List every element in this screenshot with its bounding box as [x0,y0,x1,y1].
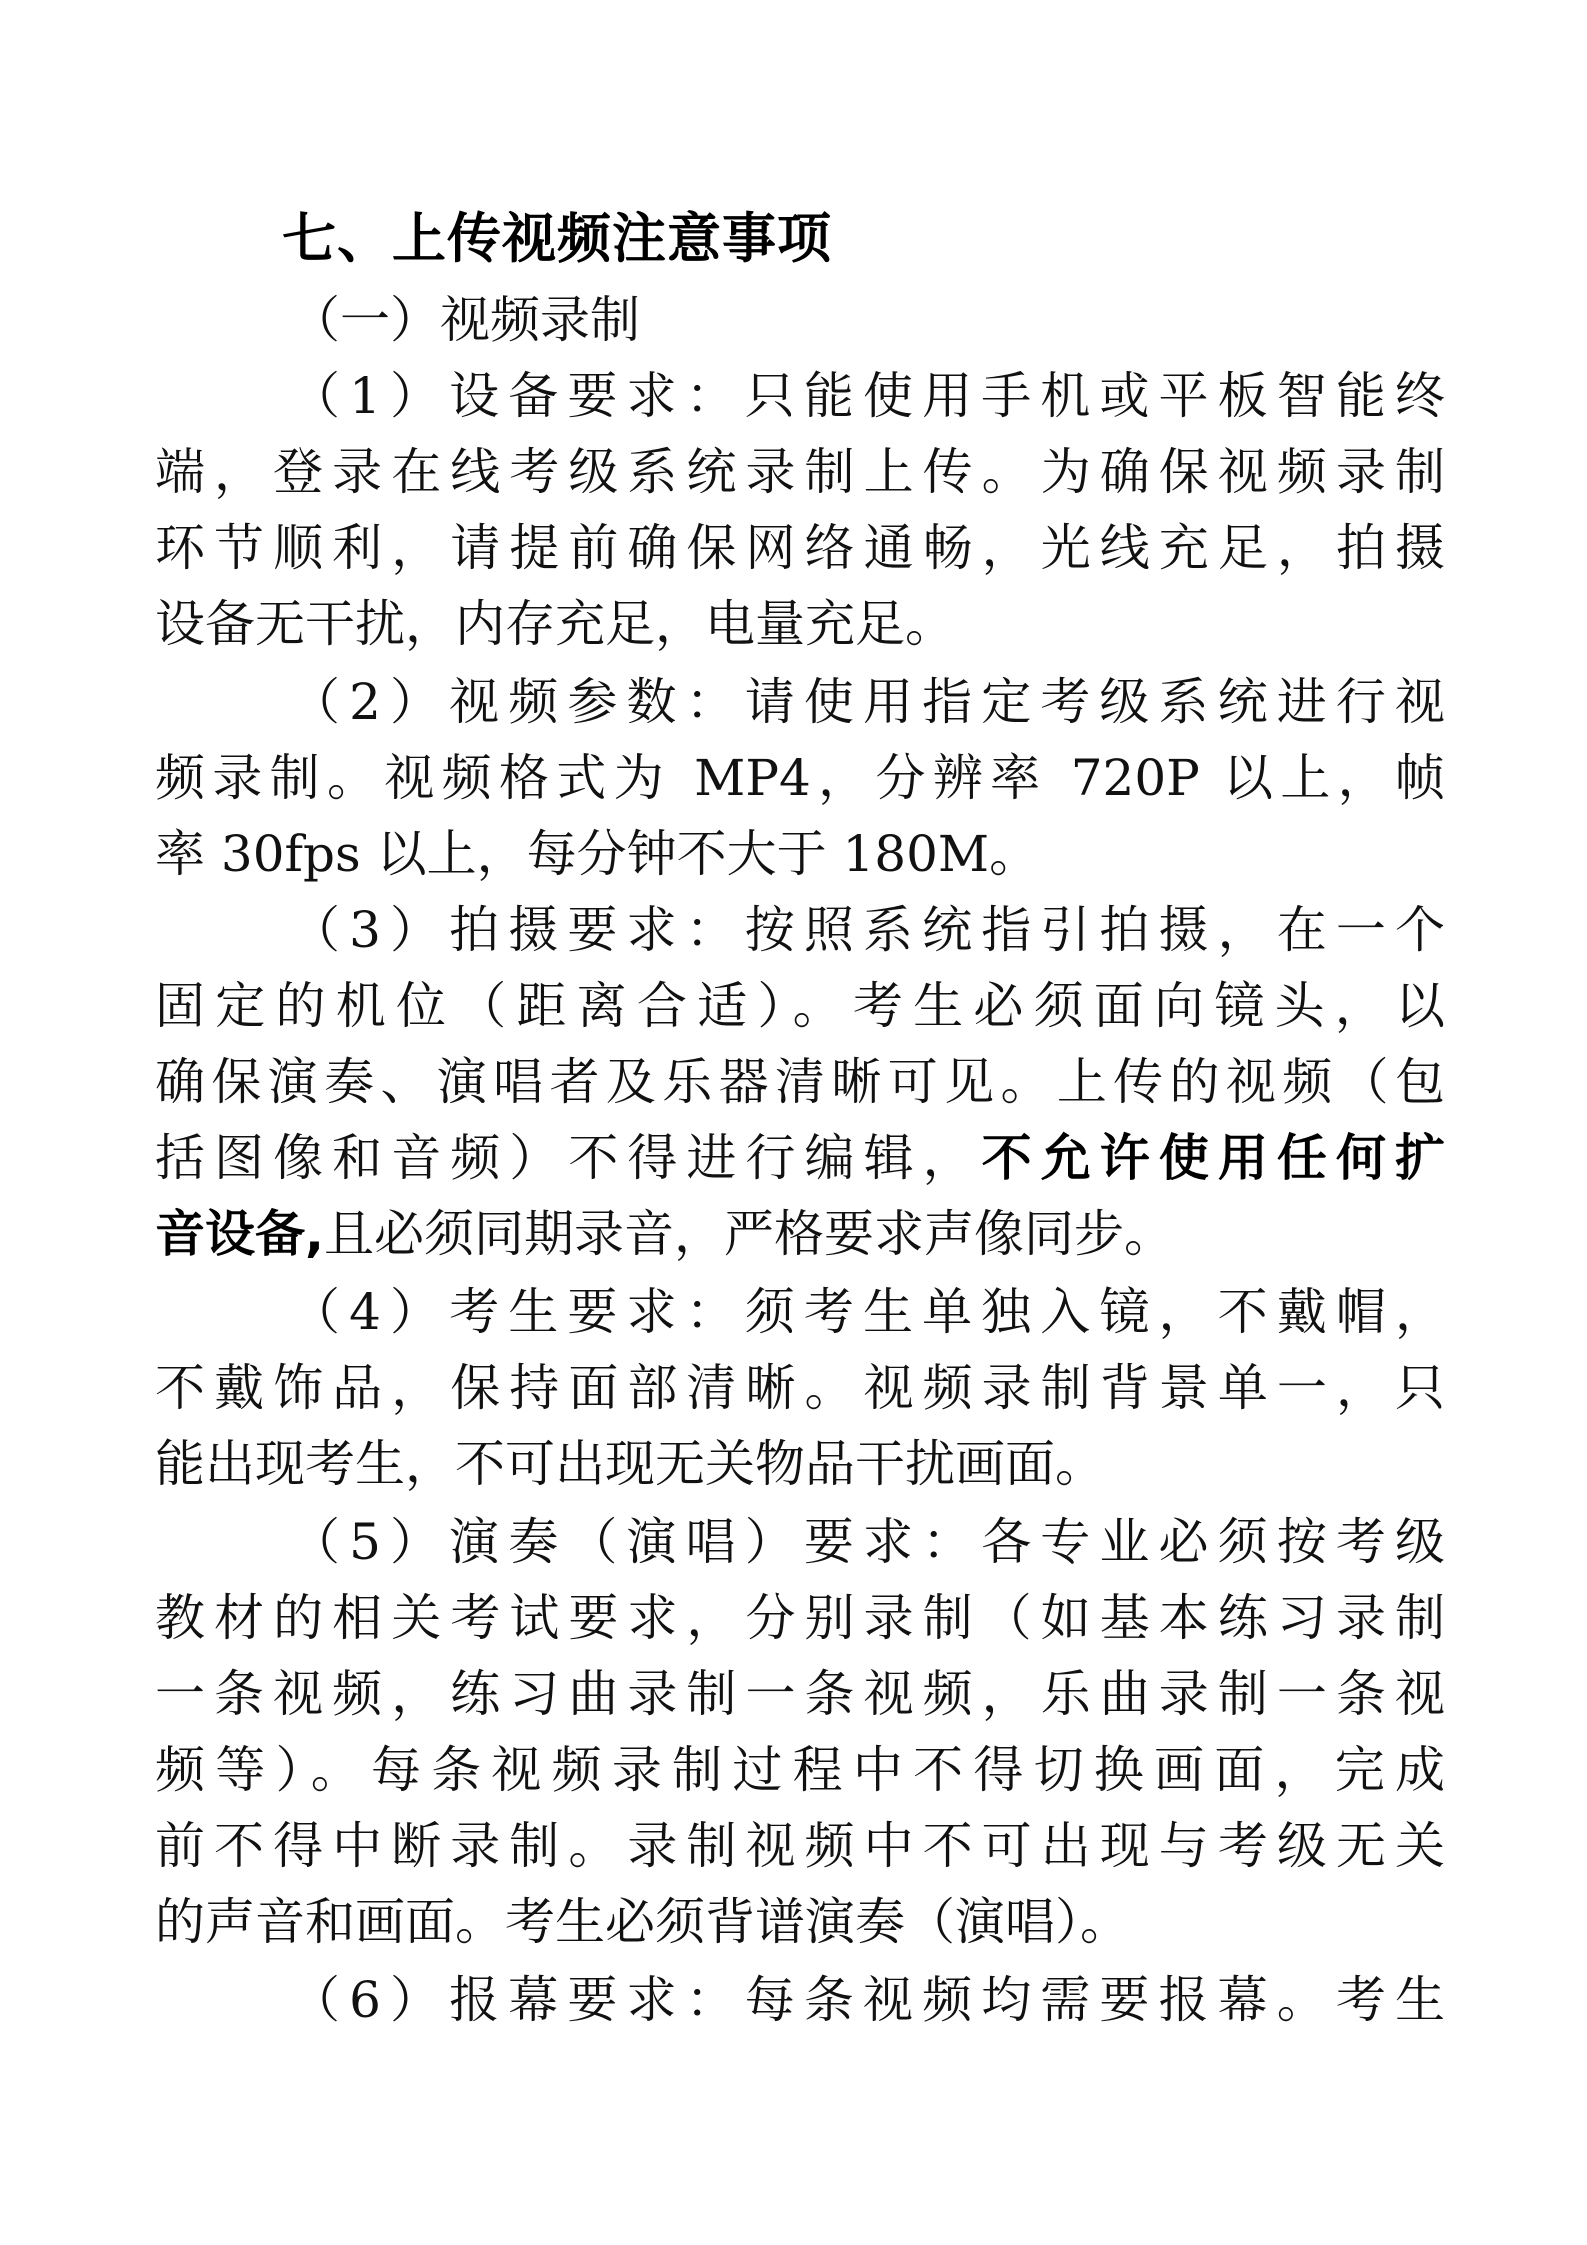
plain-text: 且必须同期录音，严格要求声像同步。 [324,1205,1174,1263]
paragraph-line: 环节顺利，请提前确保网络通畅，光线充足，拍摄 [155,518,1445,578]
document-page: 七、上传视频注意事项 （一）视频录制 （1）设备要求：只能使用手机或平板智能终 … [0,0,1587,2245]
bold-emphasis: 音设备, [155,1205,324,1263]
paragraph-line: 不戴饰品，保持面部清晰。视频录制背景单一，只 [155,1358,1445,1418]
paragraph-line: （3）拍摄要求：按照系统指引拍摄，在一个 [290,900,1445,960]
paragraph-line: （6）报幕要求：每条视频均需要报幕。考生 [290,1970,1445,2030]
paragraph-line: 设备无干扰，内存充足，电量充足。 [155,594,1445,654]
paragraph-line: 频等）。每条视频录制过程中不得切换画面，完成 [155,1740,1445,1800]
paragraph-line: 教材的相关考试要求，分别录制（如基本练习录制 [155,1588,1445,1648]
plain-text: 括图像和音频）不得进行编辑， [155,1129,982,1187]
section-heading: 七、上传视频注意事项 [282,196,832,273]
paragraph-line: 能出现考生，不可出现无关物品干扰画面。 [155,1434,1445,1494]
paragraph-line-mixed: 音设备,且必须同期录音，严格要求声像同步。 [155,1204,1445,1264]
paragraph-line: 频录制。视频格式为 MP4，分辨率 720P 以上，帧 [155,748,1445,808]
paragraph-line: 率 30fps 以上，每分钟不大于 180M。 [155,824,1445,884]
paragraph-line: （2）视频参数：请使用指定考级系统进行视 [290,672,1445,732]
paragraph-line: （1）设备要求：只能使用手机或平板智能终 [290,366,1445,426]
paragraph-line: （5）演奏（演唱）要求：各专业必须按考级 [290,1512,1445,1572]
paragraph-line: 的声音和画面。考生必须背谱演奏（演唱）。 [155,1892,1445,1952]
paragraph-line: 前不得中断录制。录制视频中不可出现与考级无关 [155,1816,1445,1876]
paragraph-line: 固定的机位（距离合适）。考生必须面向镜头，以 [155,976,1445,1036]
paragraph-line-mixed: 括图像和音频）不得进行编辑，不允许使用任何扩 [155,1128,1445,1188]
bold-emphasis: 不允许使用任何扩 [982,1129,1445,1187]
paragraph-line: 确保演奏、演唱者及乐器清晰可见。上传的视频（包 [155,1052,1445,1112]
paragraph-line: 端，登录在线考级系统录制上传。为确保视频录制 [155,442,1445,502]
paragraph-line: （4）考生要求：须考生单独入镜，不戴帽， [290,1282,1445,1342]
paragraph-line: 一条视频，练习曲录制一条视频，乐曲录制一条视 [155,1664,1445,1724]
subsection-heading: （一）视频录制 [290,290,640,350]
